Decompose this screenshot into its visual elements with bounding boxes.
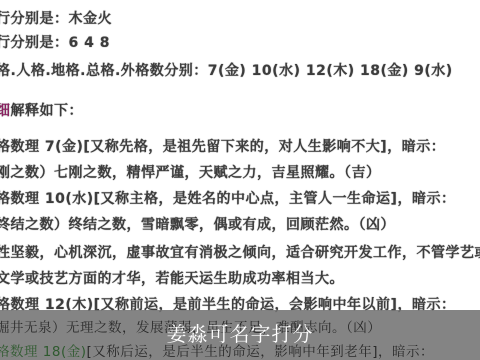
section-heading: 细解释如下：: [0, 100, 83, 120]
text-line-renge: 格数理 10(水)[又称主格，是姓名的中心点，主管人一生命运]，暗示：: [0, 188, 455, 208]
image-caption: 姜淼可名字打分: [0, 318, 480, 347]
text-line-renge-detail-2: 文学或技艺方面的才华，若能天运生助成功率相当大。: [0, 268, 344, 288]
text-line-2: 行分别是：6 4 8: [0, 32, 110, 52]
heading-text: 解释如下：: [11, 103, 84, 119]
text-line-tiange: 格数理 7(金)[又称先格，是祖先留下来的，对人生影响不大]，暗示：: [0, 136, 445, 156]
heading-accent: 细: [0, 103, 11, 119]
text-line-tiange-desc: 刚之数）七刚之数，精悍严谨，天赋之力，吉星照耀。（吉）: [0, 162, 381, 182]
text-line-grid-numbers: 格.人格.地格.总格.外格数分别：7(金) 10(水) 12(木) 18(金) …: [0, 60, 453, 80]
document-body: 行分别是：木金火 行分别是：6 4 8 格.人格.地格.总格.外格数分别：7(金…: [0, 0, 480, 360]
text-line-renge-detail-1: 性坚毅，心机深沉，虚事故宜有消极之倾向，适合研究开发工作，不管学艺或在: [0, 242, 480, 262]
text-line-renge-desc: 终结之数）终结之数，雪暗飘零，偶或有成，回顾茫然。（凶）: [0, 214, 395, 234]
text-line-1: 行分别是：木金火: [0, 8, 112, 28]
